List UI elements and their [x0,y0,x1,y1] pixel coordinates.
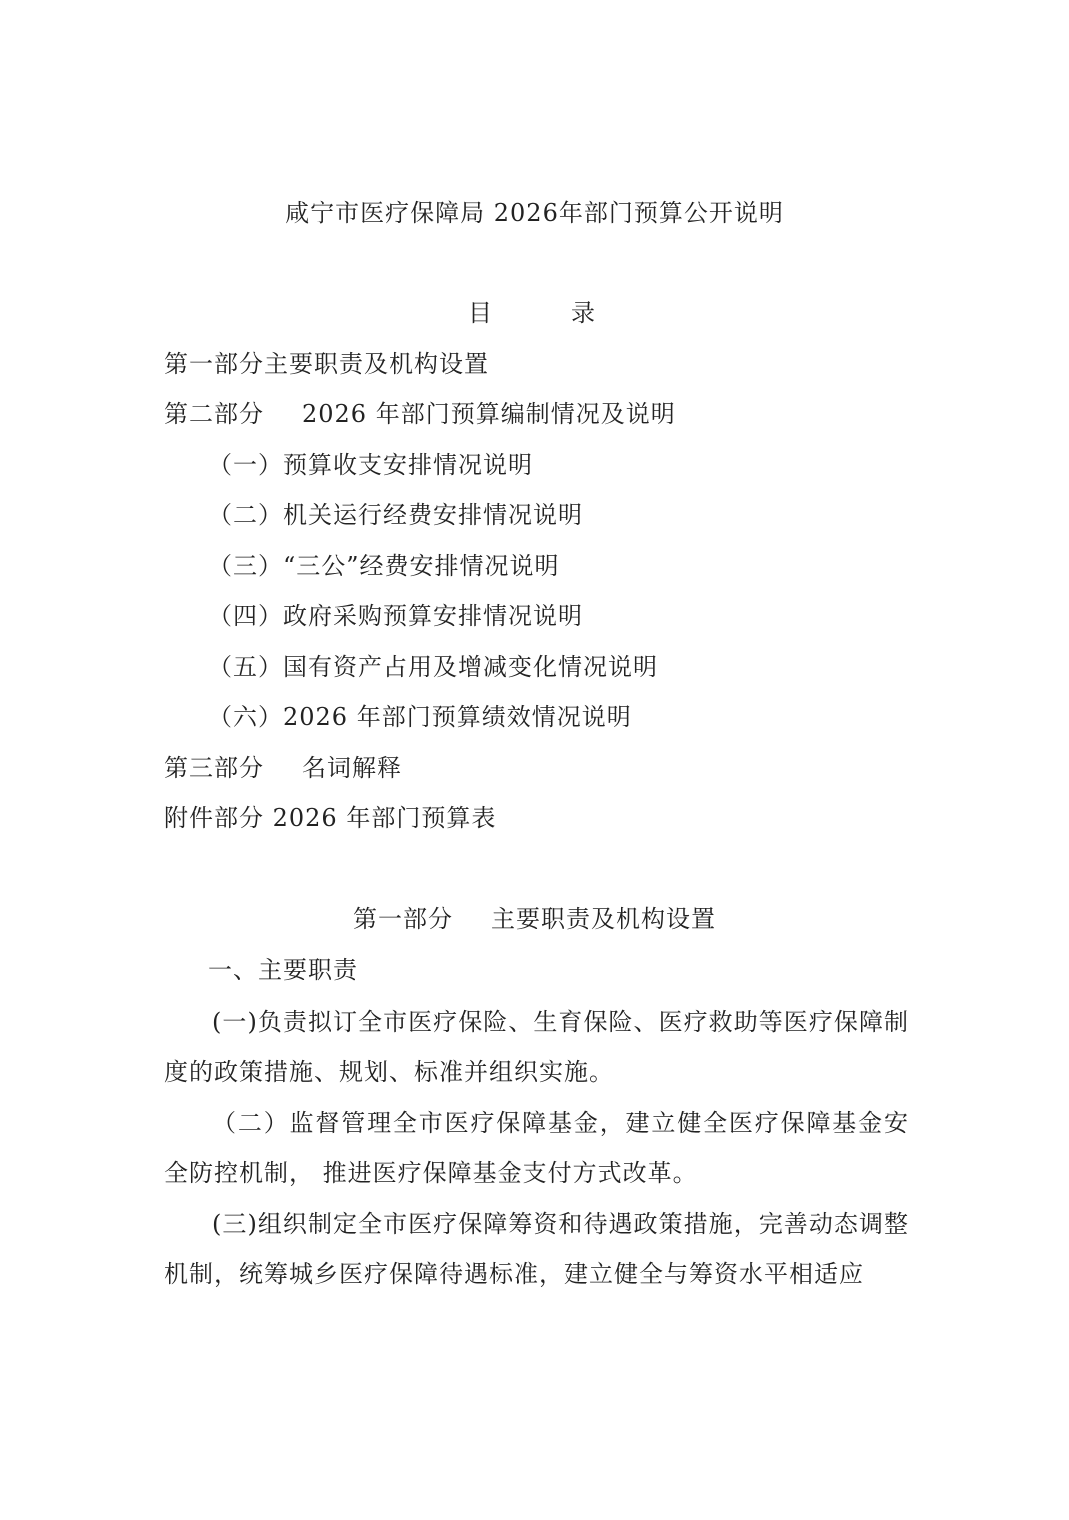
toc-item-2-3[interactable]: （三）“三公”经费安排情况说明 [208,551,560,581]
toc-item-prefix: 第三部分 [164,754,264,782]
paragraph-duty-2: （二）监督管理全市医疗保障基金，建立健全医疗保障基金安全防控机制， 推进医疗保障… [164,1098,909,1198]
section-heading-label: 主要职责及机构设置 [491,905,716,933]
section-heading-prefix: 第一部分 [353,905,453,933]
toc-item-2-6[interactable]: （六）2026 年部门预算绩效情况说明 [208,702,632,732]
paragraph-duty-3: (三)组织制定全市医疗保障筹资和待遇政策措施，完善动态调整机制，统筹城乡医疗保障… [164,1199,909,1299]
toc-item-2-5[interactable]: （五）国有资产占用及增减变化情况说明 [208,652,658,682]
toc-item-2-4[interactable]: （四）政府采购预算安排情况说明 [208,601,583,631]
toc-item-part1[interactable]: 第一部分主要职责及机构设置 [164,349,489,379]
document-page: 咸宁市医疗保障局 2026年部门预算公开说明 目录 第一部分主要职责及机构设置 … [0,0,1069,1520]
toc-item-part2[interactable]: 第二部分2026 年部门预算编制情况及说明 [164,399,676,429]
toc-item-appendix[interactable]: 附件部分 2026 年部门预算表 [164,803,496,833]
toc-item-label: 2026 年部门预算编制情况及说明 [302,400,676,428]
document-title: 咸宁市医疗保障局 2026年部门预算公开说明 [0,198,1069,228]
toc-item-label: 名词解释 [302,754,402,782]
toc-item-2-2[interactable]: （二）机关运行经费安排情况说明 [208,500,583,530]
toc-heading-right: 录 [571,298,596,328]
toc-heading: 目录 [468,298,596,328]
toc-item-2-1[interactable]: （一）预算收支安排情况说明 [208,450,533,480]
paragraph-duty-1: (一)负责拟订全市医疗保险、生育保险、医疗救助等医疗保障制度的政策措施、规划、标… [164,997,909,1097]
subheading-main-duties: 一、主要职责 [208,955,358,985]
toc-heading-left: 目 [468,298,493,328]
toc-item-part3[interactable]: 第三部分名词解释 [164,753,402,783]
section-heading: 第一部分主要职责及机构设置 [0,904,1069,934]
toc-item-prefix: 第二部分 [164,400,264,428]
